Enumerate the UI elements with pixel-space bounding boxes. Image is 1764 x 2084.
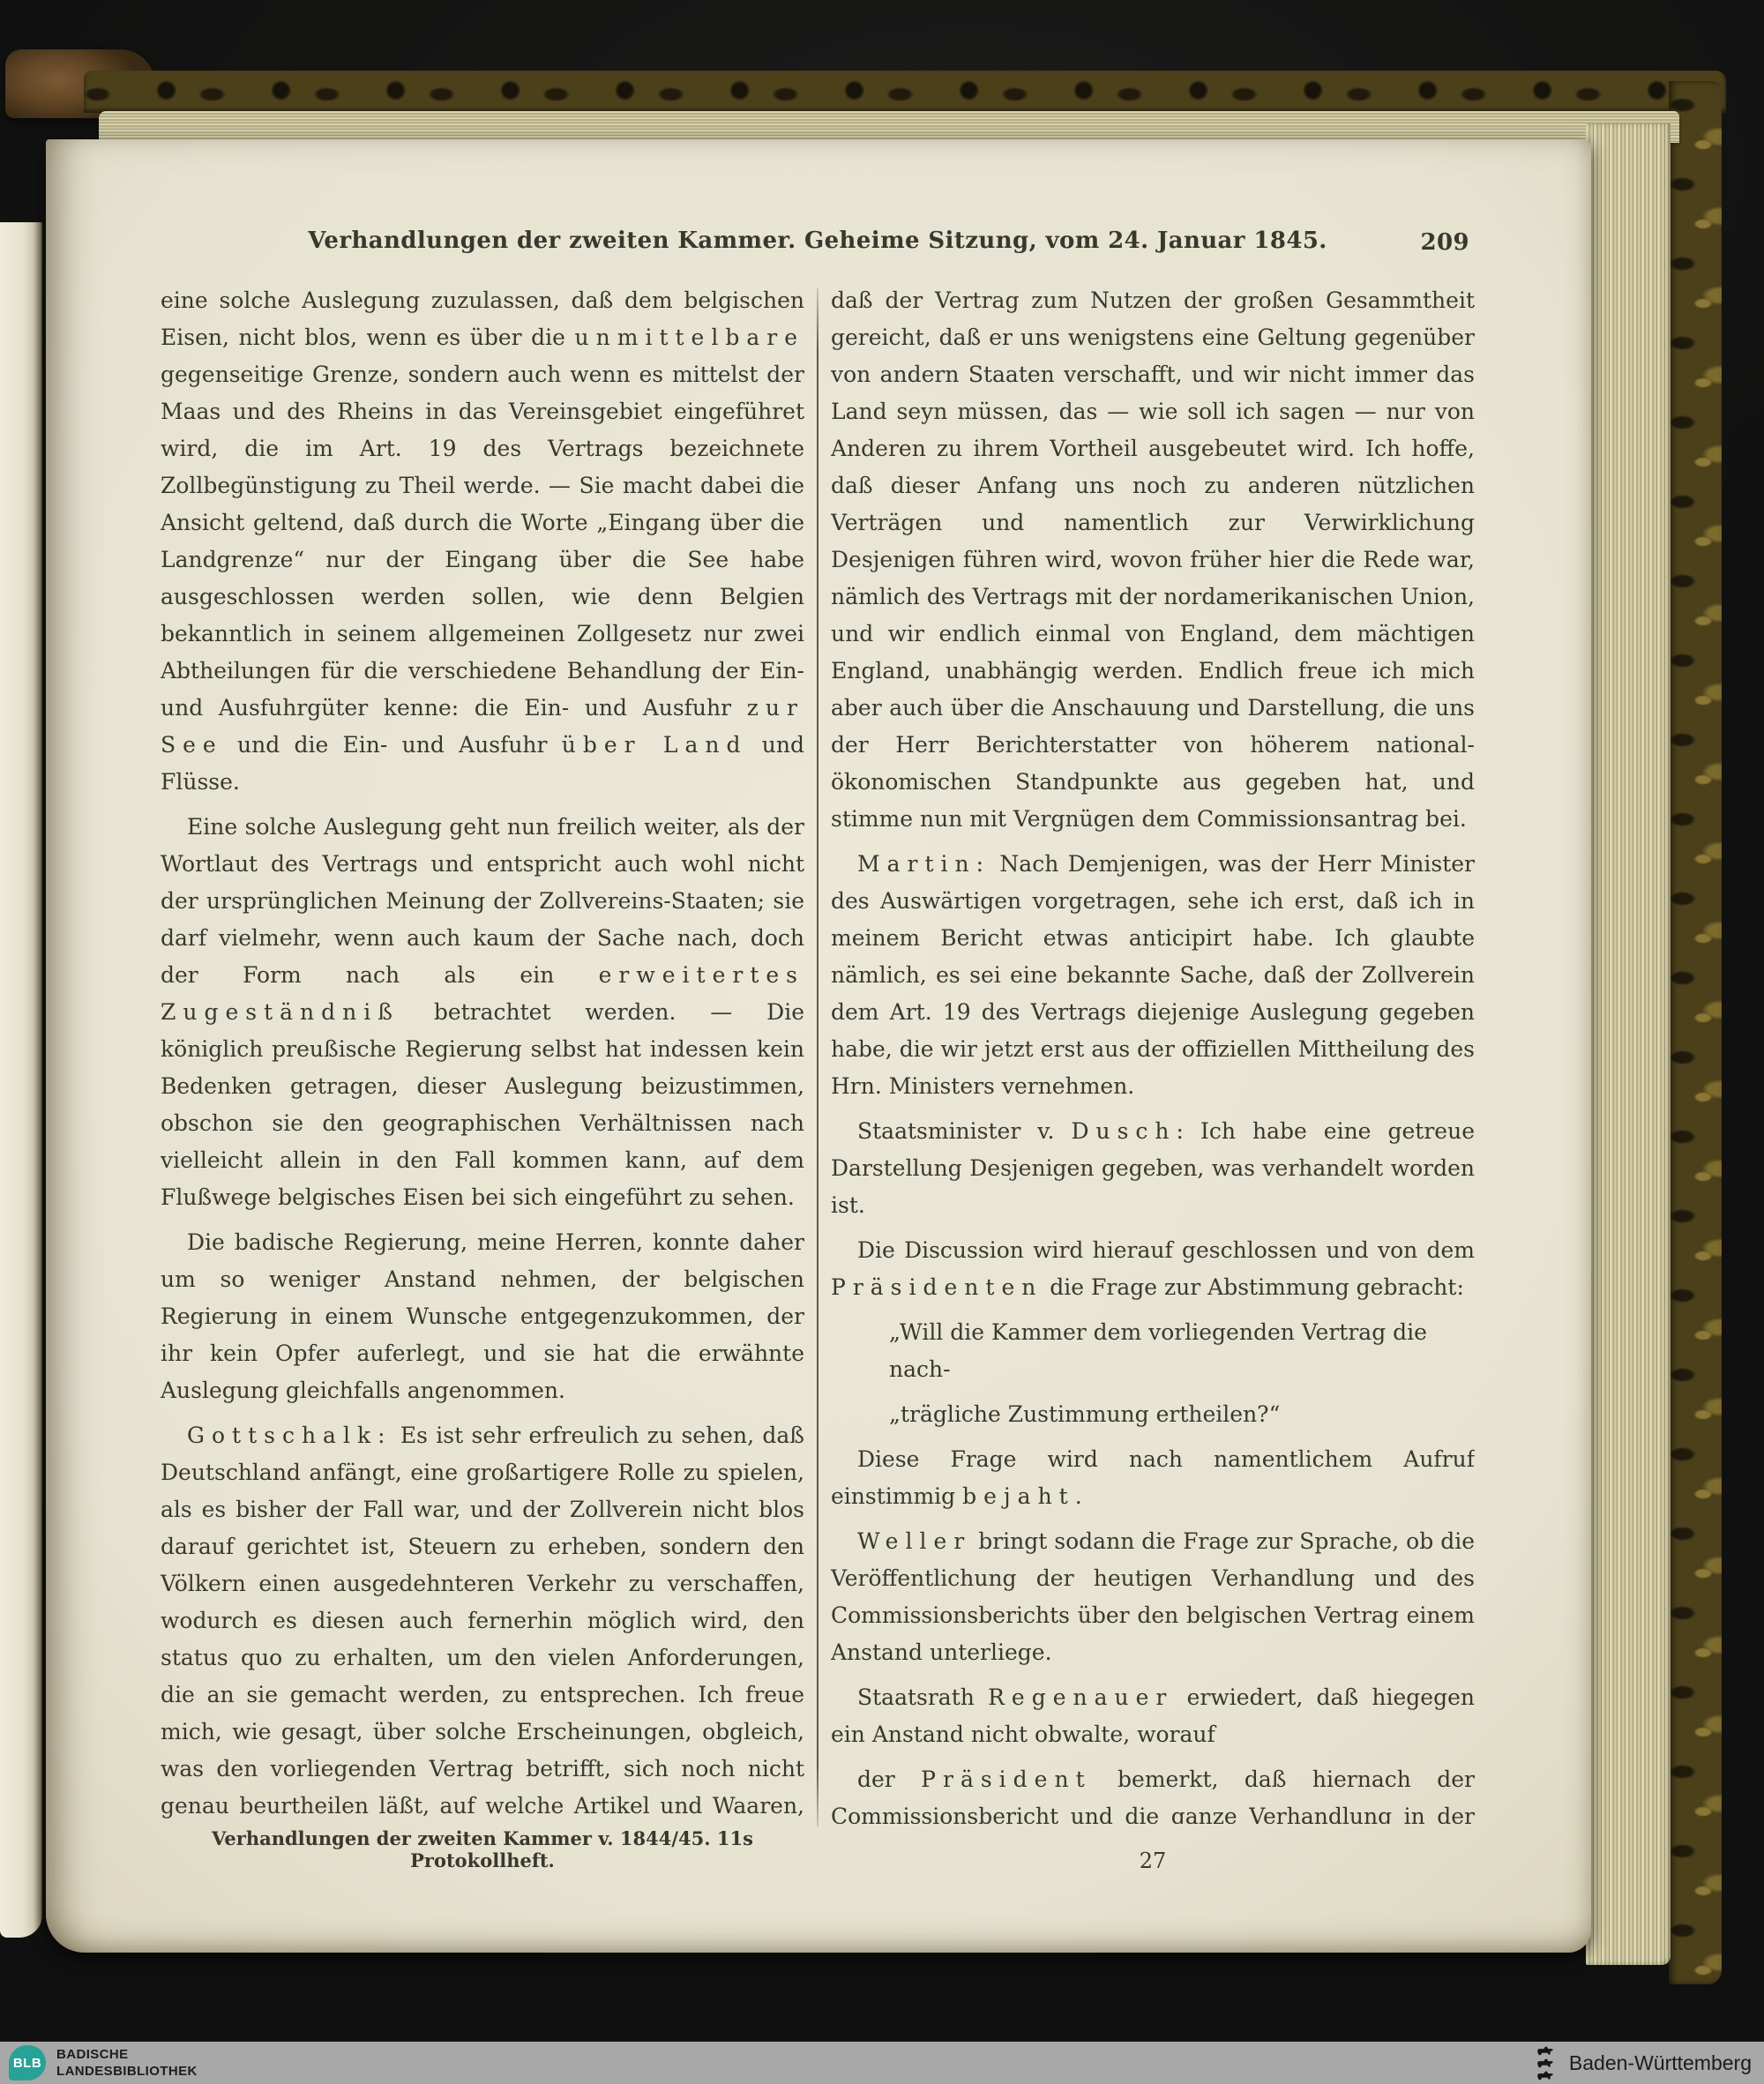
letterspaced-text: unmittelbare	[575, 325, 804, 350]
paragraph: Diese Frage wird nach namentlichem Aufru…	[831, 1441, 1475, 1515]
letterspaced-text: Martin:	[857, 851, 990, 877]
previous-page-edge	[0, 222, 42, 1938]
paragraph: Weller bringt sodann die Frage zur Sprac…	[831, 1523, 1475, 1671]
library-name: BADISCHE LANDESBIBLIOTHEK	[56, 2046, 198, 2080]
letterspaced-text: über Land	[562, 732, 748, 758]
baden-wuerttemberg-coat-of-arms-icon	[1534, 2044, 1560, 2081]
state-name: Baden-Württemberg	[1569, 2051, 1752, 2075]
left-text-column: eine solche Auslegung zuzulassen, daß de…	[161, 282, 804, 1824]
library-name-line1: BADISCHE	[56, 2046, 198, 2063]
paragraph: Gottschalk: Es ist sehr erfreulich zu se…	[161, 1417, 804, 1824]
book-cover-right-edge	[1669, 81, 1722, 1984]
volume-footnote: Verhandlungen der zweiten Kammer v. 1844…	[161, 1827, 804, 1871]
letterspaced-text: Gottschalk:	[187, 1423, 392, 1448]
paragraph: Staatsrath Regenauer erwiedert, daß hieg…	[831, 1679, 1475, 1753]
paragraph: „Will die Kammer dem vorliegenden Vertra…	[889, 1314, 1475, 1388]
page-block-fore-edge	[1586, 123, 1671, 1965]
letterspaced-text: Präsidenten	[831, 1274, 1043, 1300]
blb-logo-text: BLB	[13, 2056, 41, 2071]
book-cover-top-edge	[84, 71, 1726, 113]
paragraph: eine solche Auslegung zuzulassen, daß de…	[161, 282, 804, 801]
page-block-top-edge	[99, 111, 1679, 143]
running-header-title: Verhandlungen der zweiten Kammer. Geheim…	[308, 228, 1327, 254]
page-number: 209	[1421, 229, 1469, 256]
paragraph: Die Discussion wird hierauf geschlossen …	[831, 1232, 1475, 1306]
letterspaced-text: Regenauer	[988, 1684, 1173, 1710]
library-name-line2: LANDESBIBLIOTHEK	[56, 2063, 198, 2080]
letterspaced-text: Weller	[857, 1528, 971, 1554]
state-branding: Baden-Württemberg	[1534, 2042, 1752, 2084]
letterspaced-text: erweitertes Zugeständniß	[161, 962, 804, 1025]
digitized-book-scan: Verhandlungen der zweiten Kammer. Geheim…	[0, 0, 1764, 2084]
book-page: Verhandlungen der zweiten Kammer. Geheim…	[46, 139, 1591, 1953]
running-header: Verhandlungen der zweiten Kammer. Geheim…	[161, 228, 1475, 254]
paragraph: Staatsminister v. Dusch: Ich habe eine g…	[831, 1113, 1475, 1224]
signature-mark: 27	[831, 1849, 1475, 1873]
paragraph: daß der Vertrag zum Nutzen der großen Ge…	[831, 282, 1475, 838]
letterspaced-text: bejaht	[962, 1483, 1075, 1509]
paragraph: Die badische Regierung, meine Herren, ko…	[161, 1224, 804, 1409]
letterspaced-text: Präsident	[921, 1767, 1091, 1792]
letterspaced-text: Dusch	[1071, 1118, 1176, 1144]
column-divider-rule	[817, 288, 818, 1827]
paragraph: „trägliche Zustimmung ertheilen?“	[889, 1396, 1475, 1433]
library-banner: BLB BADISCHE LANDESBIBLIOTHEK Baden-Würt…	[0, 2042, 1764, 2084]
blb-logo: BLB	[9, 2045, 46, 2080]
paragraph: der Präsident bemerkt, daß hiernach der …	[831, 1761, 1475, 1824]
paragraph: Eine solche Auslegung geht nun freilich …	[161, 809, 804, 1216]
paragraph: Martin: Nach Demjenigen, was der Herr Mi…	[831, 846, 1475, 1105]
right-text-column: daß der Vertrag zum Nutzen der großen Ge…	[831, 282, 1475, 1824]
